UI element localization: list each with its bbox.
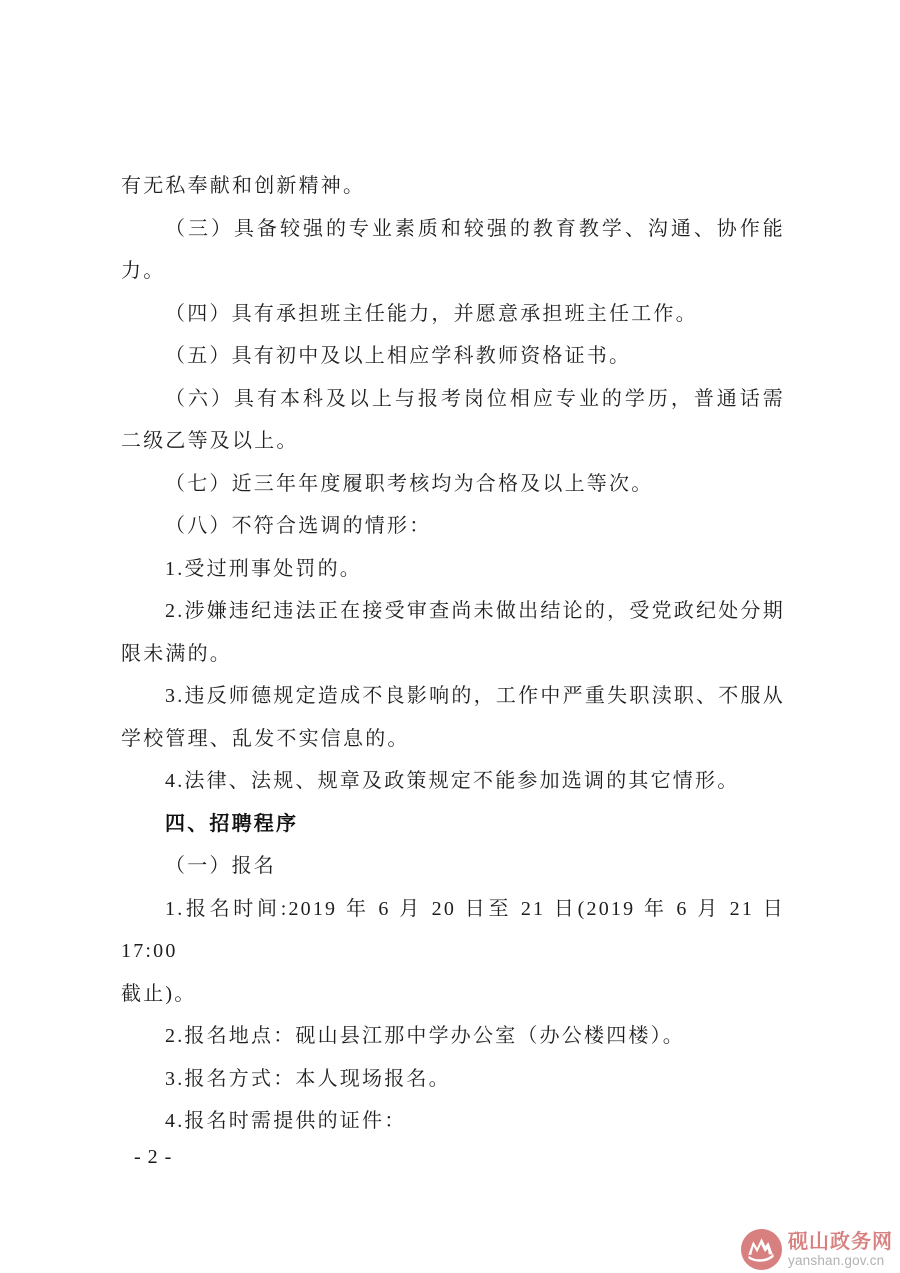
text-line: 力。 [121,250,785,293]
para-item-5: （五）具有初中及以上相应学科教师资格证书。 [121,335,785,378]
text-line: 学校管理、乱发不实信息的。 [121,718,785,761]
text-line: 限未满的。 [121,633,785,676]
para-item-3: （三）具备较强的专业素质和较强的教育教学、沟通、协作能力。 [121,208,785,293]
para-item-7: （七）近三年年度履职考核均为合格及以上等次。 [121,463,785,506]
section-heading: 四、招聘程序 [121,803,785,846]
para-signup-docs: 4.报名时需提供的证件： [121,1100,785,1143]
watermark-site-name: 砚山政务网 [788,1231,893,1253]
para-sub-1: 1.受过刑事处罚的。 [121,548,785,591]
para-signup-method: 3.报名方式：本人现场报名。 [121,1058,785,1101]
para-signup-place: 2.报名地点：砚山县江那中学办公室（办公楼四楼）。 [121,1015,785,1058]
para-subsection-1: （一）报名 [121,845,785,888]
page-number: - 2 - [134,1146,172,1169]
text-line: （五）具有初中及以上相应学科教师资格证书。 [121,335,785,378]
text-line: 4.法律、法规、规章及政策规定不能参加选调的其它情形。 [121,760,785,803]
watermark-text: 砚山政务网 yanshan.gov.cn [788,1231,893,1268]
text-line: 二级乙等及以上。 [121,420,785,463]
para-item-4: （四）具有承担班主任能力，并愿意承担班主任工作。 [121,293,785,336]
text-line: 1.受过刑事处罚的。 [121,548,785,591]
text-line: 2.涉嫌违纪违法正在接受审查尚未做出结论的，受党政纪处分期 [121,590,785,633]
para-sub-3: 3.违反师德规定造成不良影响的，工作中严重失职渎职、不服从学校管理、乱发不实信息… [121,675,785,760]
para-signup-time: 1.报名时间:2019 年 6 月 20 日至 21 日(2019 年 6 月 … [121,888,785,1016]
text-line: （三）具备较强的专业素质和较强的教育教学、沟通、协作能 [121,208,785,251]
para-item-6: （六）具有本科及以上与报考岗位相应专业的学历，普通话需二级乙等及以上。 [121,378,785,463]
text-line: 四、招聘程序 [121,803,785,846]
text-line: 截止)。 [121,973,785,1016]
text-line: 3.违反师德规定造成不良影响的，工作中严重失职渎职、不服从 [121,675,785,718]
document-body: 有无私奉献和创新精神。（三）具备较强的专业素质和较强的教育教学、沟通、协作能力。… [121,165,785,1143]
para-sub-2: 2.涉嫌违纪违法正在接受审查尚未做出结论的，受党政纪处分期限未满的。 [121,590,785,675]
mountain-m-icon [740,1228,783,1271]
text-line: 有无私奉献和创新精神。 [121,165,785,208]
text-line: 4.报名时需提供的证件： [121,1100,785,1143]
para-item-8: （八）不符合选调的情形： [121,505,785,548]
text-line: （一）报名 [121,845,785,888]
watermark-site-url: yanshan.gov.cn [788,1253,893,1268]
text-line: 1.报名时间:2019 年 6 月 20 日至 21 日(2019 年 6 月 … [121,888,785,973]
text-line: （四）具有承担班主任能力，并愿意承担班主任工作。 [121,293,785,336]
text-line: （七）近三年年度履职考核均为合格及以上等次。 [121,463,785,506]
text-line: （八）不符合选调的情形： [121,505,785,548]
text-line: （六）具有本科及以上与报考岗位相应专业的学历，普通话需 [121,378,785,421]
para-carryover: 有无私奉献和创新精神。 [121,165,785,208]
text-line: 3.报名方式：本人现场报名。 [121,1058,785,1101]
yanshan-gov-watermark: 砚山政务网 yanshan.gov.cn [740,1228,893,1271]
text-line: 2.报名地点：砚山县江那中学办公室（办公楼四楼）。 [121,1015,785,1058]
para-sub-4: 4.法律、法规、规章及政策规定不能参加选调的其它情形。 [121,760,785,803]
